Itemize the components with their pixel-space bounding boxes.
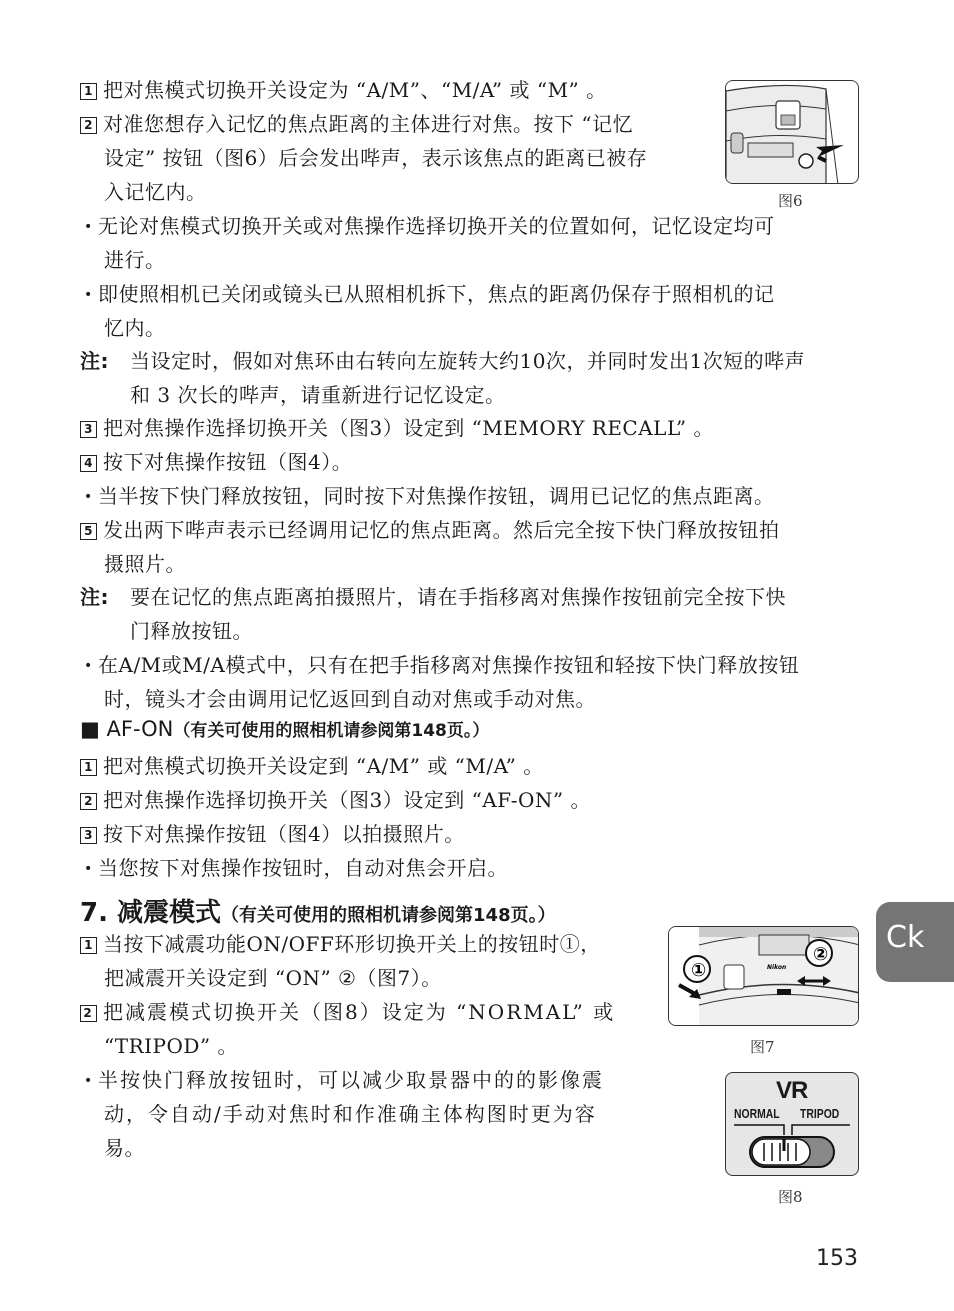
step-number: 1 <box>80 759 97 776</box>
language-tab: Ck <box>876 902 954 982</box>
svg-text:②: ② <box>813 944 828 965</box>
memory-step-1: 1把对焦模式切换开关设定为 “A/M”、“M/A” 或 “M” 。 <box>80 73 607 107</box>
page-number: 153 <box>816 1246 858 1271</box>
step-number: 2 <box>80 1005 97 1022</box>
figure-6-lens-memory-button <box>725 80 859 184</box>
note-label: 注: <box>80 580 130 614</box>
step-number: 4 <box>80 455 97 472</box>
memory-step-4: 4按下对焦操作按钮（图4）。 <box>80 445 352 479</box>
lens-vr-ring-illustration-icon: Nikon ① ② <box>669 927 859 1026</box>
figure-8-vr-mode-switch: VR NORMAL TRIPOD <box>725 1072 859 1176</box>
step-number: 3 <box>80 827 97 844</box>
step-number: 5 <box>80 523 97 540</box>
figure-7-vr-switch: Nikon ① ② <box>668 926 859 1026</box>
svg-text:①: ① <box>691 960 706 981</box>
memory-bullet-3: •当半按下快门释放按钮，同时按下对焦操作按钮，调用已记忆的焦点距离。 <box>78 479 775 514</box>
afon-bullet-1: •当您按下对焦操作按钮时，自动对焦会开启。 <box>78 851 508 886</box>
step-number: 2 <box>80 793 97 810</box>
bullet-icon: • <box>78 1064 98 1098</box>
note-label: 注: <box>80 344 130 378</box>
figure-8-caption: 图8 <box>778 1186 803 1207</box>
bullet-icon: • <box>78 480 98 514</box>
afon-step-2: 2把对焦操作选择切换开关（图3）设定到 “AF-ON” 。 <box>80 783 591 817</box>
vr-slide-switch-icon <box>726 1073 859 1176</box>
step-number: 1 <box>80 83 97 100</box>
bullet-icon: • <box>78 649 98 683</box>
svg-text:Nikon: Nikon <box>767 964 786 971</box>
afon-step-1: 1把对焦模式切换开关设定到 “A/M” 或 “M/A” 。 <box>80 749 544 783</box>
bullet-icon: • <box>78 278 98 312</box>
step-number: 1 <box>80 937 97 954</box>
square-marker-icon: ■ <box>80 717 100 741</box>
figure-7-caption: 图7 <box>750 1036 775 1057</box>
bullet-icon: • <box>78 852 98 886</box>
figure-6-caption: 图6 <box>778 190 803 211</box>
afon-heading: ■ AF-ON（有关可使用的照相机请参阅第148页。） <box>80 716 489 741</box>
afon-step-3: 3按下对焦操作按钮（图4）以拍摄照片。 <box>80 817 465 851</box>
bullet-icon: • <box>78 210 98 244</box>
step-number: 2 <box>80 117 97 134</box>
step-number: 3 <box>80 421 97 438</box>
memory-step-3: 3把对焦操作选择切换开关（图3）设定到 “MEMORY RECALL” 。 <box>80 411 714 445</box>
language-tab-label: Ck <box>886 920 924 955</box>
vr-heading: 7. 减震模式（有关可使用的照相机请参阅第148页。） <box>80 892 556 929</box>
lens-illustration-icon <box>726 81 859 184</box>
